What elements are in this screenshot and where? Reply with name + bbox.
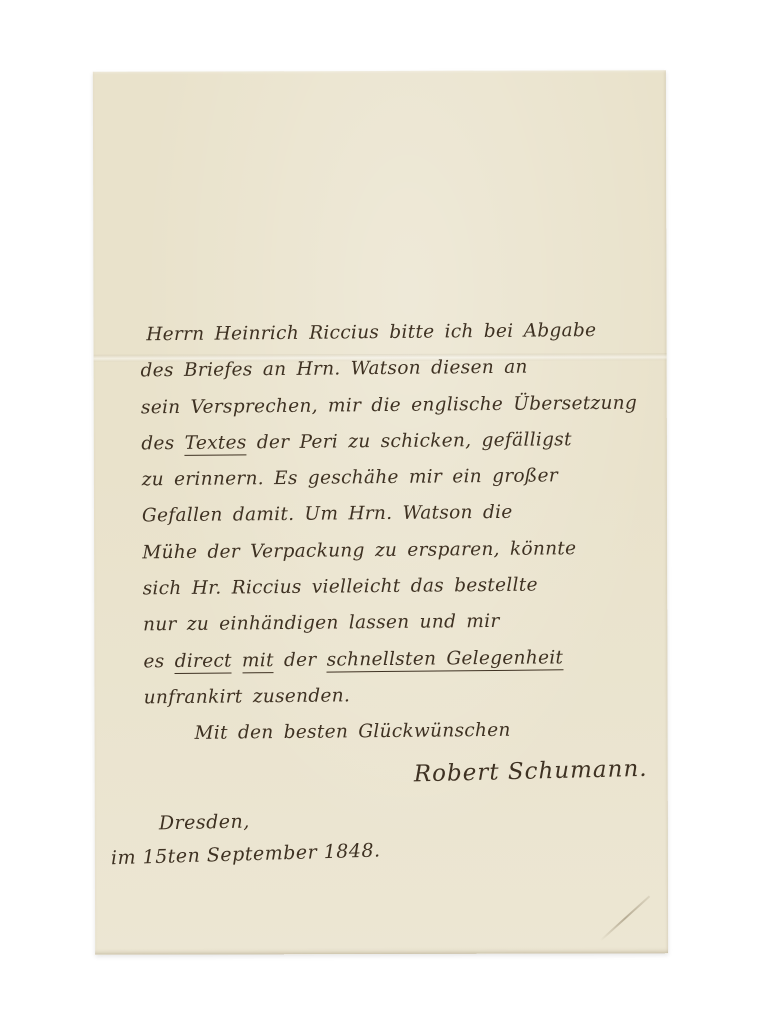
letter-paper: Herrn Heinrich Riccius bitte ich bei Abg… — [93, 70, 668, 954]
text-segment: der Peri zu schicken, gefälligst — [247, 429, 572, 453]
text-segment: des Briefes an Hrn. Watson diesen an — [141, 357, 528, 382]
text-segment: es — [143, 651, 174, 672]
letter-line: es direct mit der schnellsten Gelegenhei… — [143, 639, 635, 680]
date-line: im 15ten September 1848. — [111, 839, 381, 869]
text-segment: Gefallen damit. Um Hrn. Watson die — [142, 502, 513, 527]
place-line: Dresden, — [159, 811, 250, 835]
letter-line: Gefallen damit. Um Hrn. Watson die — [142, 494, 634, 535]
closing-wrap: Mit den besten Glückwünschen — [142, 712, 634, 753]
text-segment: sich Hr. Riccius vielleicht das bestellt… — [143, 575, 538, 600]
letter-line: sein Versprechen, mir die englische Über… — [141, 385, 633, 426]
letter-body: Herrn Heinrich Riccius bitte ich bei Abg… — [140, 313, 636, 717]
letter-line: Herrn Heinrich Riccius bitte ich bei Abg… — [140, 313, 632, 354]
letter-line: zu erinnern. Es geschähe mir ein großer — [141, 458, 633, 499]
text-segment: Mühe der Verpackung zu ersparen, könnte — [142, 538, 576, 563]
text-segment: des — [141, 433, 185, 454]
text-segment: Herrn Heinrich Riccius bitte ich bei Abg… — [146, 320, 596, 345]
letter-line: des Textes der Peri zu schicken, gefälli… — [141, 422, 633, 463]
closing-line: Mit den besten Glückwünschen — [188, 712, 634, 753]
letter-line: nur zu einhändigen lassen und mir — [143, 603, 635, 644]
text-segment — [232, 650, 242, 671]
letter-line: unfrankirt zusenden. — [144, 676, 636, 717]
text-segment: sein Versprechen, mir die englische Über… — [141, 392, 637, 418]
underlined-text: mit — [242, 650, 274, 673]
underlined-text: schnellsten Gelegenheit — [327, 647, 564, 672]
corner-crease — [600, 895, 650, 941]
letter-line: sich Hr. Riccius vielleicht das bestellt… — [143, 567, 635, 608]
text-segment: nur zu einhändigen lassen und mir — [143, 611, 500, 635]
letter-scan: Herrn Heinrich Riccius bitte ich bei Abg… — [0, 0, 762, 1024]
letter-line: des Briefes an Hrn. Watson diesen an — [140, 349, 632, 390]
text-segment: der — [274, 649, 327, 671]
underlined-text: direct — [175, 650, 232, 674]
underlined-text: Textes — [185, 432, 247, 456]
text-segment: unfrankirt zusenden. — [144, 685, 351, 708]
signature: Robert Schumann. — [392, 755, 669, 787]
letter-line: Mühe der Verpackung zu ersparen, könnte — [142, 530, 634, 571]
text-segment: zu erinnern. Es geschähe mir ein großer — [142, 466, 558, 491]
